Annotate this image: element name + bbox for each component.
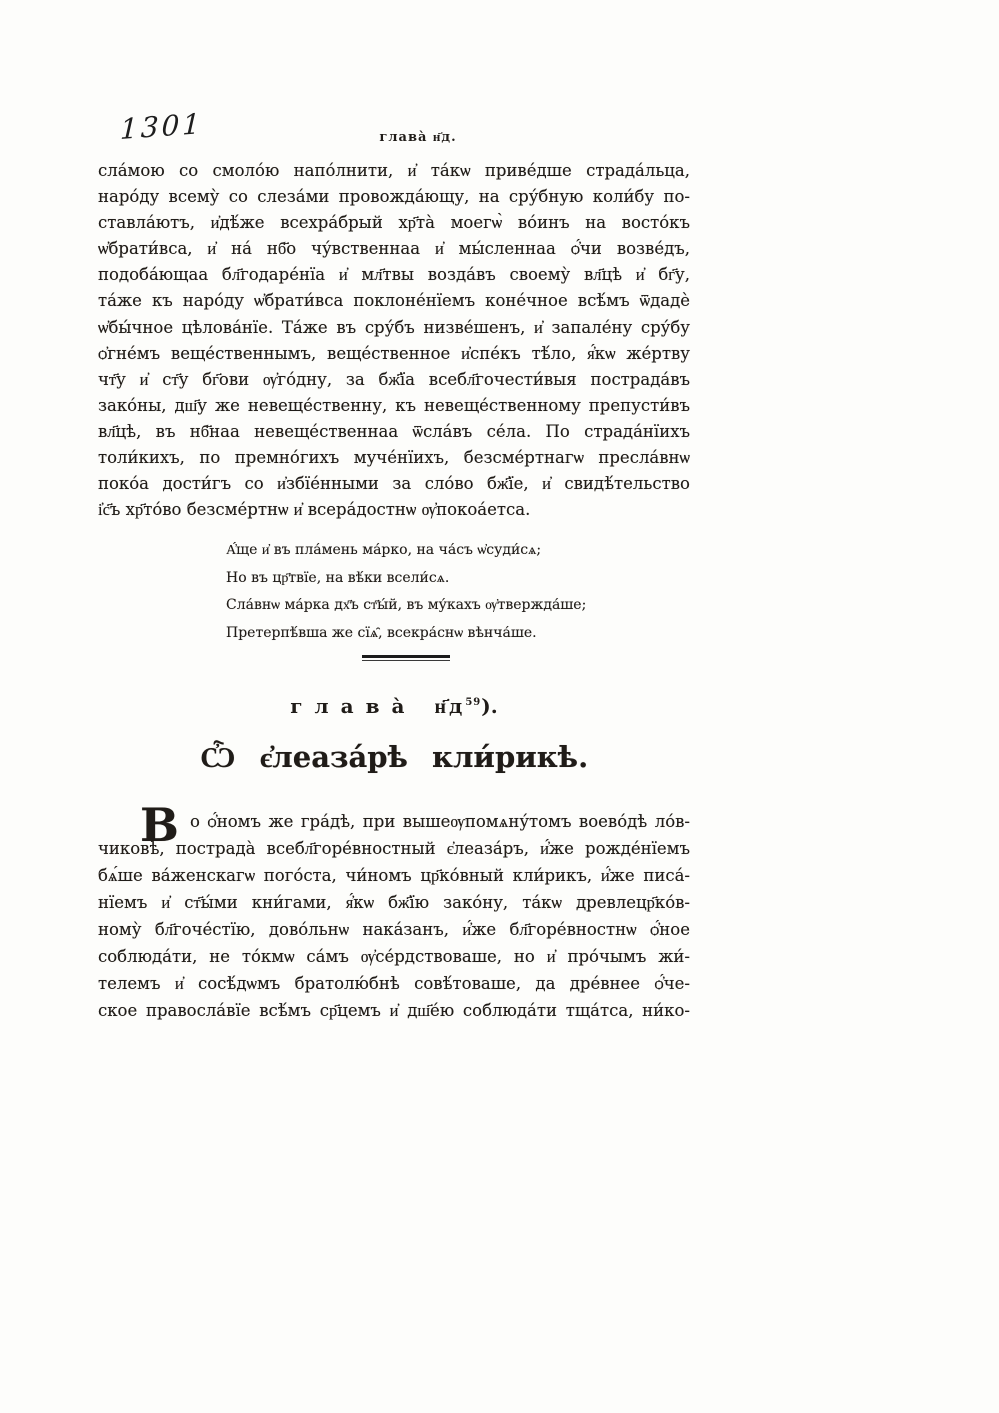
text-line: ставла́ютъ, и҆дѣ́же всехра́брый хр҃та̀ м… <box>98 210 690 236</box>
text-line: бѧ́ше ва́женскагѡ пого́ста, чи́номъ цр҃к… <box>98 862 690 889</box>
chapter-heading-suffix: ). <box>481 694 497 718</box>
footnote-reference: 59 <box>465 697 481 708</box>
text-line: ному̀ бл҃гоче́стїю, дово́льнѡ нака́занъ,… <box>98 916 690 943</box>
verse-line: Претерпѣ́вша же сїѧ̑, всекра́снѡ вѣнча́ш… <box>226 620 586 648</box>
text-line: соблюда́ти, не то́кмѡ са́мъ ѹ҆се́рдствов… <box>98 943 690 970</box>
text-line: подоба́ющаа бл҃годаре́нїа и҆ мл҃твы возд… <box>98 262 690 288</box>
text-line: ское правосла́вїе всѣ́мъ ср҃цемъ и҆ дш҃е… <box>98 997 690 1024</box>
text-line: ѡ҆бы́чное цѣлова́нїе. Та́же въ сру́бъ ни… <box>98 315 690 341</box>
verse-line: Но въ цр҃твїе, на вѣ́ки всели́сѧ. <box>226 565 586 593</box>
chapter-subheading: Ѽ є҆леаза́рѣ кли́рикѣ. <box>98 740 690 775</box>
text-line: ѻ҆гне́мъ веще́ственнымъ, веще́ственное и… <box>98 341 690 367</box>
text-line: Во ѻ҆́номъ же гра́дѣ, при вышеѹпомѧну́то… <box>98 808 690 835</box>
text-line: та́же къ наро́ду ѡ҆брати́вса поклоне́нїе… <box>98 288 690 314</box>
text-line: і҆с҃ъ хр҃то́во безсме́ртнѡ и҆ всера́дост… <box>98 497 690 523</box>
chapter-heading-word: глава̀ <box>290 694 416 718</box>
text-line-content: о ѻ҆́номъ же гра́дѣ, при вышеѹпомѧну́том… <box>190 812 690 831</box>
text-line: ѡ҆брати́вса, и҆ на́ нб҃о чу́вственнаа и҆… <box>98 236 690 262</box>
text-line: наро́ду всему̀ со слеза́ми провожда́ющу,… <box>98 184 690 210</box>
text-line: телемъ и҆ сосѣ́дѡмъ братолю́бнѣ совѣ́тов… <box>98 970 690 997</box>
text-line: толи́кихъ, по премно́гихъ муче́нїихъ, бе… <box>98 445 690 471</box>
scanned-book-page: 1301 глава̀ н҃д. сла́мою со смоло́ю напо… <box>0 0 999 1413</box>
running-header: глава̀ н҃д. <box>122 129 714 145</box>
text-line: чиковѣ, пострада̀ всебл҃горе́вностный є҆… <box>98 835 690 862</box>
verse-line: Сла́внѡ ма́рка дх҃ъ ст҃ы́й, въ му́кахъ ѹ… <box>226 592 586 620</box>
verse-line: А҆́ще и҆ въ пла́мень ма́рко, на ча́съ ѡ҆… <box>226 537 586 565</box>
section-divider <box>362 655 450 661</box>
text-line: вл҃цѣ, въ нб҃наа невеще́ственнаа ѿсла́въ… <box>98 419 690 445</box>
chapter-heading: глава̀н҃д59). <box>98 694 690 719</box>
text-line: поко́а дости́гъ со и҆збїе́нными за сло́в… <box>98 471 690 497</box>
text-line: чт҃у и҆ ст҃у бг҃ови ѹ҆го́дну, за бж҃їа в… <box>98 367 690 393</box>
verse-block: А҆́ще и҆ въ пла́мень ма́рко, на ча́съ ѡ҆… <box>226 537 586 647</box>
chapter-heading-number: н҃д <box>434 694 465 718</box>
drop-cap-initial: В <box>140 802 179 848</box>
paragraph-martyrdom-conclusion: сла́мою со смоло́ю напо́лнити, и҆ та́кѡ … <box>98 158 690 523</box>
text-line: зако́ны, дш҃у же невеще́ственну, къ неве… <box>98 393 690 419</box>
text-line: нїемъ и҆ ст҃ы́ми кни́гами, я҆́кѡ бж҃їю з… <box>98 889 690 916</box>
paragraph-eleazar-intro: Во ѻ҆́номъ же гра́дѣ, при вышеѹпомѧну́то… <box>98 808 690 1024</box>
text-line: сла́мою со смоло́ю напо́лнити, и҆ та́кѡ … <box>98 158 690 184</box>
